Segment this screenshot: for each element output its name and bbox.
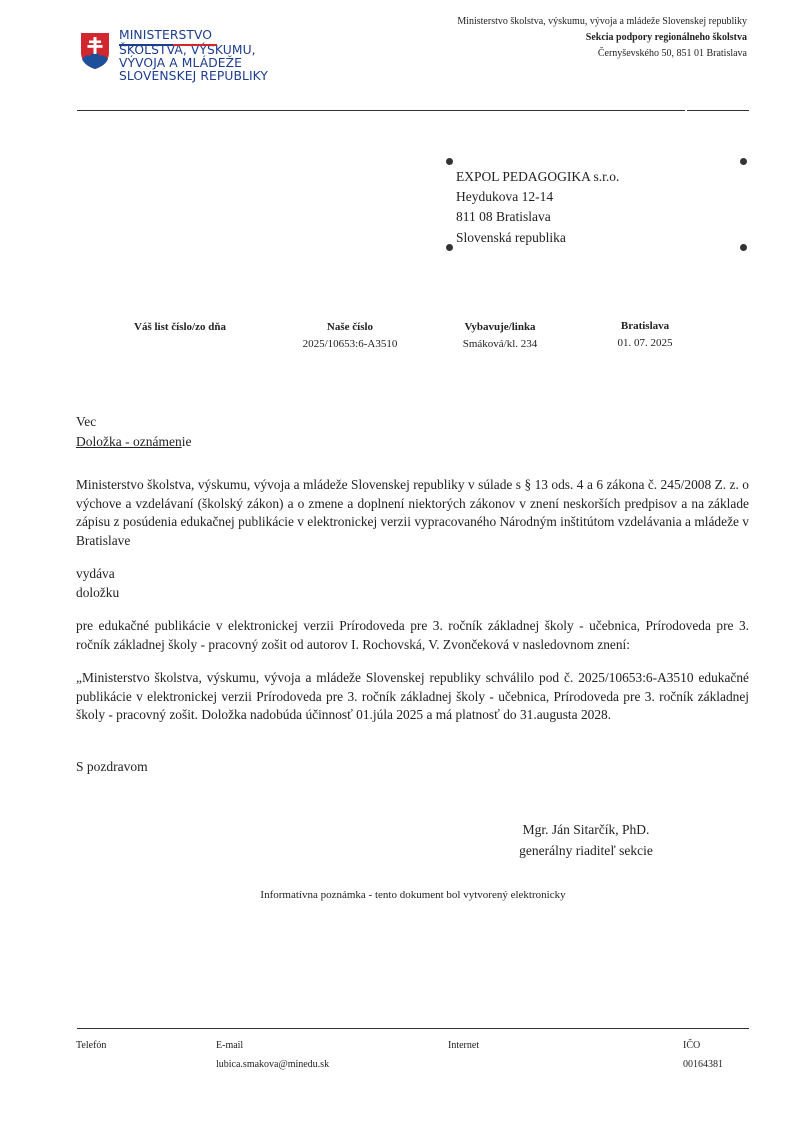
subject-title: Doložka - oznámenie bbox=[76, 434, 191, 450]
subject-label: Vec bbox=[76, 414, 96, 430]
reference-value: 01. 07. 2025 bbox=[580, 335, 710, 352]
sender-section: Sekcia podpory regionálneho školstva bbox=[457, 30, 747, 46]
address-corner-mark bbox=[446, 158, 453, 165]
footer-phone: Telefón bbox=[76, 1036, 106, 1055]
reference-our-number: Naše číslo 2025/10653:6-A3510 bbox=[270, 319, 430, 353]
logo-line: MINISTERSTVO bbox=[119, 29, 268, 44]
subject-title-underlined: Doložka - oznámen bbox=[76, 434, 182, 449]
body-paragraph-publications: pre edukačné publikácie v elektronickej … bbox=[76, 617, 749, 654]
issues-line: vydáva bbox=[76, 565, 749, 584]
footer-email-label: E-mail bbox=[216, 1036, 329, 1055]
recipient-address: EXPOL PEDAGOGIKA s.r.o. Heydukova 12-14 … bbox=[456, 166, 619, 248]
address-corner-mark bbox=[740, 158, 747, 165]
footer-ico-label: IČO bbox=[683, 1036, 723, 1055]
recipient-name: EXPOL PEDAGOGIKA s.r.o. bbox=[456, 166, 619, 187]
reference-label: Vybavuje/linka bbox=[430, 319, 570, 336]
footer-email-value[interactable]: lubica.smakova@minedu.sk bbox=[216, 1055, 329, 1074]
sender-ministry: Ministerstvo školstva, výskumu, vývoja a… bbox=[457, 14, 747, 30]
sender-header: Ministerstvo školstva, výskumu, vývoja a… bbox=[457, 14, 747, 62]
reference-your-letter: Váš list číslo/zo dňa bbox=[100, 319, 260, 336]
reference-value: 2025/10653:6-A3510 bbox=[270, 336, 430, 353]
footer-ico-value: 00164381 bbox=[683, 1055, 723, 1074]
informative-note: Informatívna poznámka - tento dokument b… bbox=[77, 889, 749, 901]
recipient-street: Heydukova 12-14 bbox=[456, 187, 619, 206]
reference-label: Váš list číslo/zo dňa bbox=[100, 319, 260, 336]
body-paragraph-issues: vydáva doložku bbox=[76, 565, 749, 602]
signatory-name: Mgr. Ján Sitarčík, PhD. bbox=[486, 819, 686, 840]
footer-email: E-mail lubica.smakova@minedu.sk bbox=[216, 1036, 329, 1074]
footer-internet-label: Internet bbox=[448, 1036, 479, 1055]
footer-internet: Internet bbox=[448, 1036, 479, 1055]
footer-ico: IČO 00164381 bbox=[683, 1036, 723, 1074]
address-corner-mark bbox=[740, 244, 747, 251]
ministry-logo: MINISTERSTVO ŠKOLSTVA, VÝSKUMU, VÝVOJA A… bbox=[119, 29, 268, 83]
reference-handled-by: Vybavuje/linka Smáková/kl. 234 bbox=[430, 319, 570, 353]
issues-line: doložku bbox=[76, 584, 749, 603]
recipient-city: 811 08 Bratislava bbox=[456, 206, 619, 227]
recipient-country: Slovenská republika bbox=[456, 227, 619, 248]
logo-line: SLOVENSKEJ REPUBLIKY bbox=[119, 70, 268, 83]
footer-divider bbox=[77, 1028, 749, 1029]
reference-place-date: Bratislava 01. 07. 2025 bbox=[580, 318, 710, 352]
header-divider bbox=[77, 110, 685, 111]
reference-value: Smáková/kl. 234 bbox=[430, 336, 570, 353]
body-paragraph-intro: Ministerstvo školstva, výskumu, vývoja a… bbox=[76, 476, 749, 550]
signature-block: Mgr. Ján Sitarčík, PhD. generálny riadit… bbox=[486, 819, 686, 861]
reference-label: Bratislava bbox=[580, 318, 710, 335]
reference-label: Naše číslo bbox=[270, 319, 430, 336]
body-paragraph-quote: „Ministerstvo školstva, výskumu, vývoja … bbox=[76, 669, 749, 725]
greeting: S pozdravom bbox=[76, 759, 148, 775]
signatory-title: generálny riaditeľ sekcie bbox=[486, 840, 686, 861]
footer-phone-label: Telefón bbox=[76, 1036, 106, 1055]
subject-title-rest: ie bbox=[182, 434, 192, 449]
header-divider bbox=[687, 110, 749, 111]
sender-address: Černyševského 50, 851 01 Bratislava bbox=[457, 46, 747, 62]
address-corner-mark bbox=[446, 244, 453, 251]
slovak-coat-of-arms-icon bbox=[80, 32, 110, 70]
